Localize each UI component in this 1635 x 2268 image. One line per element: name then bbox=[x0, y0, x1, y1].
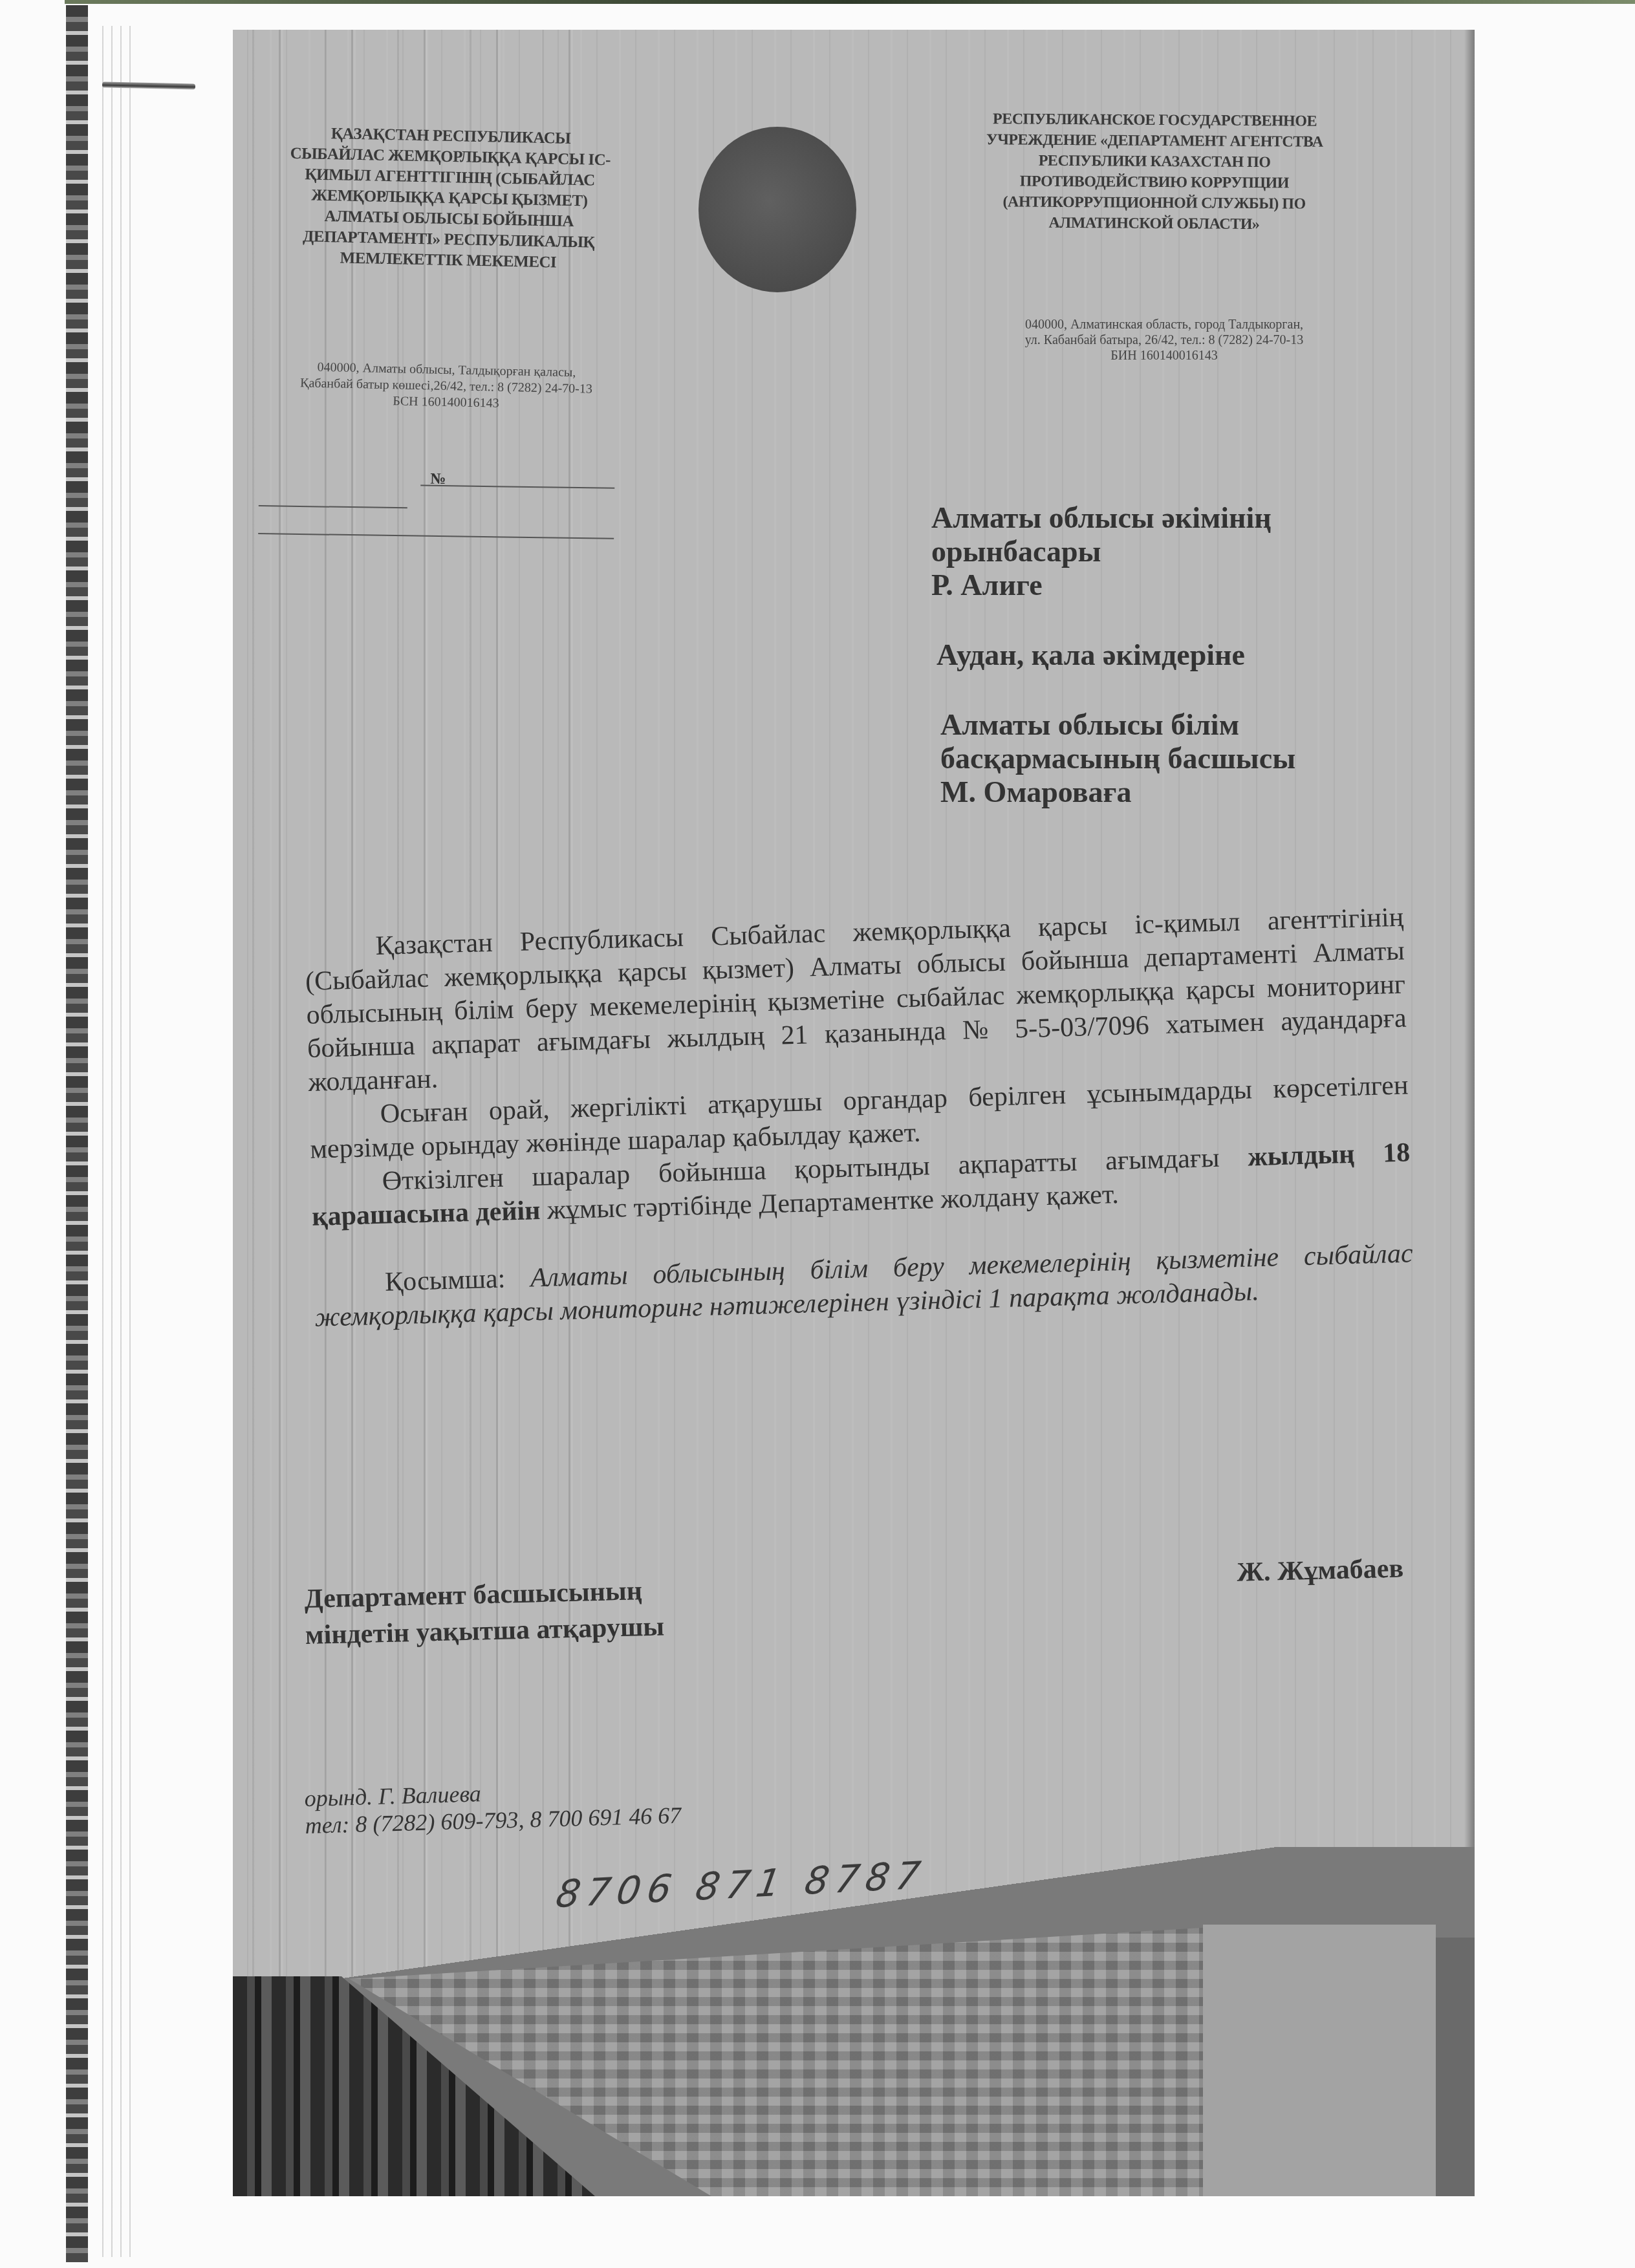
binding-strip bbox=[66, 5, 88, 2262]
scan-top-edge bbox=[65, 0, 1635, 4]
address-line: 040000, Алматинская область, город Талды… bbox=[931, 317, 1397, 332]
org-line: УЧРЕЖДЕНИЕ «ДЕПАРТАМЕНТ АГЕНТСТВА bbox=[918, 129, 1391, 153]
reg-line bbox=[259, 505, 407, 508]
attachment-label: Қосымша: bbox=[385, 1264, 506, 1297]
org-line: РЕСПУБЛИКАНСКОЕ ГОСУДАРСТВЕННОЕ bbox=[918, 108, 1391, 132]
recipient-education-head: Алматы облысы білім басқармасының басшыс… bbox=[940, 708, 1397, 809]
photo-right-edge bbox=[1436, 1938, 1475, 2196]
address-line: БИН 160140016143 bbox=[931, 348, 1397, 363]
signatory-name: Ж. Жұмабаев bbox=[1237, 1550, 1404, 1590]
reg-line bbox=[420, 485, 614, 489]
scanner-streaks-left bbox=[98, 26, 131, 2257]
recipient-line: Алматы облысы әкімінің bbox=[931, 501, 1397, 535]
recipient-line: Р. Алиге bbox=[931, 568, 1397, 602]
state-emblem-icon bbox=[698, 127, 856, 292]
letter-body: Қазақстан Республикасы Сыбайлас жемқорлы… bbox=[304, 901, 1414, 1335]
header-left-organization: ҚАЗАҚСТАН РЕСПУБЛИКАСЫ СЫБАЙЛАС ЖЕМҚОРЛЫ… bbox=[238, 122, 662, 275]
header-right-organization: РЕСПУБЛИКАНСКОЕ ГОСУДАРСТВЕННОЕ УЧРЕЖДЕН… bbox=[918, 108, 1391, 235]
registration-number-field: № bbox=[259, 476, 622, 520]
header-right-address: 040000, Алматинская область, город Талды… bbox=[931, 317, 1397, 363]
recipient-line: Аудан, қала әкімдеріне bbox=[937, 638, 1397, 672]
org-line: РЕСПУБЛИКИ КАЗАХСТАН ПО bbox=[918, 149, 1391, 173]
recipient-deputy-akim: Алматы облысы әкімінің орынбасары Р. Али… bbox=[931, 501, 1397, 602]
recipients-block: Алматы облысы әкімінің орынбасары Р. Али… bbox=[931, 501, 1397, 845]
recipient-line: М. Омароваға bbox=[940, 775, 1397, 809]
header-left-address: 040000, Алматы облысы, Талдықорған қалас… bbox=[232, 358, 660, 415]
photo-paper-block bbox=[1203, 1925, 1436, 2196]
org-line: (АНТИКОРРУПЦИОННОЙ СЛУЖБЫ) ПО bbox=[918, 191, 1391, 215]
org-line: ПРОТИВОДЕЙСТВИЮ КОРРУПЦИИ bbox=[918, 170, 1391, 194]
body-paragraph-1: Қазақстан Республикасы Сыбайлас жемқорлы… bbox=[304, 901, 1408, 1099]
recipient-district-akims: Аудан, қала әкімдеріне bbox=[937, 638, 1397, 672]
recipient-line: орынбасары bbox=[931, 535, 1397, 568]
recipient-line: басқармасының басшысы bbox=[940, 742, 1397, 775]
org-line: АЛМАТИНСКОЙ ОБЛАСТИ» bbox=[918, 211, 1390, 235]
address-line: ул. Кабанбай батыра, 26/42, тел.: 8 (728… bbox=[931, 332, 1397, 348]
recipient-line: Алматы облысы білім bbox=[940, 708, 1397, 742]
